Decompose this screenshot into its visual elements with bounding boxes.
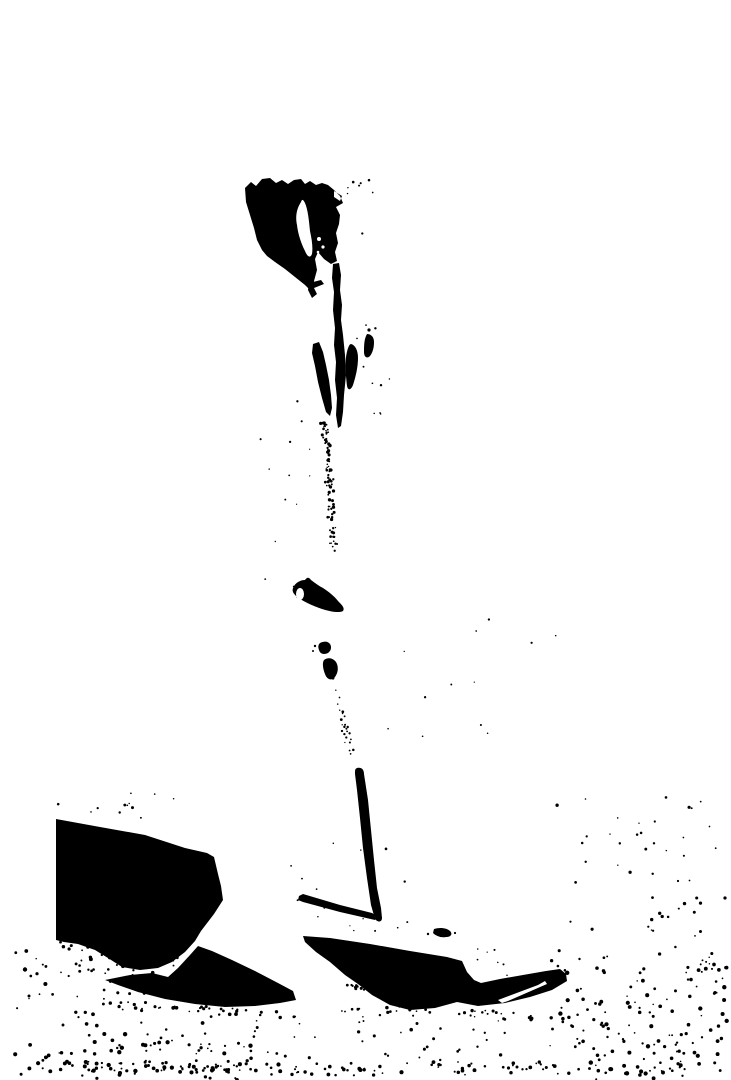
- speckle-dot: [566, 998, 570, 1002]
- speckle-dot: [634, 1001, 636, 1003]
- speckle-dot: [328, 444, 331, 447]
- speckle-dot: [43, 982, 47, 986]
- speckle-dot: [424, 1008, 427, 1011]
- speckle-dot: [592, 1018, 595, 1021]
- speckle-dot: [340, 718, 343, 721]
- heel-speck-b: [454, 932, 456, 934]
- speckle-dot: [256, 1020, 258, 1022]
- speckle-dot: [638, 1007, 640, 1009]
- speckle-dot: [109, 1049, 113, 1053]
- speckle-dot: [327, 460, 329, 462]
- speckle-dot: [464, 1074, 466, 1076]
- speckle-dot: [477, 959, 479, 961]
- speckle-dot: [113, 944, 115, 946]
- speckle-dot: [199, 1007, 201, 1009]
- speckle-dot: [722, 998, 726, 1002]
- speckle-dot: [530, 1015, 532, 1017]
- speckle-dot: [709, 1028, 713, 1032]
- speckle-dot: [148, 991, 150, 993]
- speckle-dot: [715, 847, 717, 849]
- speckle-dot: [700, 963, 702, 965]
- speckle-dot: [327, 494, 329, 496]
- speckle-dot: [119, 945, 122, 948]
- speckle-dot: [14, 951, 17, 954]
- speckle-dot: [499, 1053, 502, 1056]
- speckle-dot: [296, 400, 298, 402]
- speckle-dot: [165, 1028, 168, 1031]
- speckle-dot: [689, 978, 693, 982]
- speckle-dot: [59, 1068, 63, 1072]
- speckle-dot: [557, 1073, 559, 1075]
- speckle-dot: [118, 1071, 122, 1075]
- speckle-dot: [275, 1052, 278, 1055]
- speckle-dot: [243, 1046, 245, 1048]
- speckle-dot: [377, 992, 380, 995]
- speckle-dot: [122, 1009, 124, 1011]
- speckle-dot: [120, 1001, 123, 1004]
- speckle-dot: [157, 1041, 161, 1045]
- speckle-dot: [368, 179, 371, 182]
- knee-speck-b: [312, 650, 314, 652]
- speckle-dot: [481, 1011, 484, 1014]
- speckle-dot: [604, 1072, 607, 1075]
- speckle-dot: [497, 962, 499, 964]
- speckle-dot: [326, 467, 327, 468]
- speckle-dot: [239, 1069, 241, 1071]
- speckle-dot: [432, 1060, 436, 1064]
- speckle-dot: [332, 546, 334, 548]
- speckle-dot: [141, 967, 143, 969]
- speckle-dot: [346, 726, 348, 728]
- speckle-dot: [689, 880, 691, 882]
- speckle-dot: [248, 1044, 252, 1048]
- speckle-dot: [65, 940, 67, 942]
- speckle-dot: [102, 1003, 105, 1006]
- speckle-dot: [195, 1068, 198, 1071]
- speckle-dot: [454, 1071, 456, 1073]
- speckle-dot: [722, 978, 724, 980]
- speckle-dot: [329, 535, 332, 538]
- speckle-dot: [595, 966, 599, 970]
- speckle-dot: [416, 1022, 419, 1025]
- speckle-dot: [649, 1070, 651, 1072]
- speckle-dot: [639, 971, 642, 974]
- speckle-dot: [404, 651, 405, 652]
- speckle-dot: [657, 1039, 661, 1043]
- speckle-dot: [472, 1028, 474, 1030]
- speckle-dot: [651, 896, 654, 899]
- speckle-dot: [123, 804, 126, 807]
- speckle-dot: [576, 989, 580, 993]
- speckle-dot: [634, 1032, 636, 1034]
- speckle-dot: [65, 1060, 69, 1064]
- speckle-dot: [385, 994, 387, 996]
- speckle-dot: [131, 806, 134, 809]
- speckle-dot: [103, 998, 105, 1000]
- speckle-dot: [196, 1053, 198, 1055]
- speckle-dot: [150, 1044, 152, 1046]
- speckle-dot: [349, 925, 350, 926]
- speckle-dot: [353, 930, 354, 931]
- heel-speck-a: [427, 933, 429, 935]
- speckle-dot: [461, 1069, 465, 1073]
- speckle-dot: [161, 1062, 164, 1065]
- speckle-dot: [327, 672, 329, 674]
- speckle-dot: [80, 960, 82, 962]
- speckle-dot: [641, 1042, 643, 1044]
- speckle-dot: [674, 946, 677, 949]
- speckle-dot: [178, 1070, 182, 1074]
- speckle-dot: [382, 990, 384, 992]
- speckle-dot: [348, 732, 350, 734]
- speckle-dot: [83, 1064, 87, 1068]
- speckle-dot: [86, 941, 89, 944]
- speckle-dot: [328, 470, 330, 472]
- speckle-dot: [170, 1065, 174, 1069]
- speckle-dot: [467, 1064, 470, 1067]
- speckle-dot: [406, 921, 408, 923]
- speckle-dot: [237, 1042, 240, 1045]
- speckle-dot: [60, 972, 62, 974]
- speckle-dot: [721, 1012, 725, 1016]
- speckle-dot: [404, 880, 406, 882]
- speckle-dot: [352, 181, 355, 184]
- speckle-dot: [576, 1038, 578, 1040]
- speckle-dot: [75, 962, 78, 965]
- speckle-dot: [236, 1065, 238, 1067]
- speckle-dot: [408, 1008, 411, 1011]
- speckle-dot: [636, 980, 638, 982]
- ear-highlight-a: [317, 237, 321, 241]
- speckle-dot: [722, 985, 726, 989]
- speckle-dot: [368, 989, 371, 992]
- speckle-dot: [76, 996, 78, 998]
- speckle-dot: [649, 1011, 651, 1013]
- speckle-dot: [418, 1057, 420, 1059]
- speckle-dot: [78, 940, 81, 943]
- speckle-dot: [48, 1069, 52, 1073]
- speckle-dot: [23, 967, 27, 971]
- speckle-dot: [103, 989, 106, 992]
- speckle-dot: [652, 1004, 654, 1006]
- speckle-dot: [321, 433, 324, 436]
- speckle-dot: [331, 513, 333, 515]
- speckle-dot: [622, 1040, 625, 1043]
- speckle-dot: [360, 849, 361, 850]
- speckle-dot: [373, 413, 375, 415]
- speckle-dot: [653, 1044, 655, 1046]
- speckle-dot: [658, 1004, 662, 1008]
- speckle-dot: [645, 993, 649, 997]
- speckle-dot: [685, 972, 687, 974]
- speckle-dot: [85, 1022, 89, 1026]
- speckle-dot: [119, 1063, 121, 1065]
- speckle-dot: [161, 1069, 163, 1071]
- speckle-dot: [561, 1021, 564, 1024]
- speckle-dot: [389, 378, 390, 379]
- speckle-dot: [586, 1008, 589, 1011]
- speckle-dot: [90, 970, 93, 973]
- speckle-dot: [618, 1033, 620, 1035]
- speckle-dot: [480, 724, 482, 726]
- speckle-dot: [654, 1066, 656, 1068]
- speckle-dot: [222, 1051, 226, 1055]
- speckle-dot: [245, 1062, 248, 1065]
- speckle-dot: [397, 927, 399, 929]
- speckle-dot: [628, 1024, 630, 1026]
- speckle-dot: [683, 902, 686, 905]
- speckle-dot: [362, 918, 363, 919]
- speckle-dot: [720, 1037, 723, 1040]
- speckle-dot: [42, 1067, 44, 1069]
- speckle-dot: [574, 1045, 577, 1048]
- speckle-dot: [326, 433, 328, 435]
- speckle-dot: [717, 1040, 719, 1042]
- speckle-dot: [680, 1061, 682, 1063]
- speckle-dot: [106, 943, 109, 946]
- speckle-dot: [260, 1011, 263, 1014]
- speckle-dot: [463, 1011, 466, 1014]
- speckle-dot: [328, 453, 331, 456]
- speckle-dot: [330, 518, 333, 521]
- speckle-dot: [141, 1008, 143, 1010]
- speckle-dot: [661, 1070, 663, 1072]
- speckle-dot: [358, 185, 360, 187]
- speckle-dot: [357, 1067, 361, 1071]
- speckle-dot: [87, 1063, 89, 1065]
- speckle-dot: [363, 1020, 365, 1022]
- speckle-dot: [128, 992, 131, 995]
- speckle-dot: [515, 1065, 518, 1068]
- speckle-dot: [44, 965, 47, 968]
- speckle-dot: [346, 1069, 349, 1072]
- speckle-dot: [116, 991, 119, 994]
- speckle-dot: [323, 426, 324, 427]
- speckle-dot: [210, 1015, 213, 1018]
- speckle-dot: [332, 531, 335, 534]
- speckle-dot: [331, 483, 333, 485]
- speckle-dot: [582, 1030, 584, 1032]
- speckle-dot: [206, 1065, 209, 1068]
- speckle-dot: [224, 1045, 226, 1047]
- speckle-dot: [189, 1070, 193, 1074]
- speckle-dot: [123, 946, 127, 950]
- speckle-dot: [723, 896, 726, 899]
- speckle-dot: [106, 946, 109, 949]
- speckle-dot: [97, 807, 99, 809]
- speckle-dot: [140, 1009, 143, 1012]
- speckle-dot: [361, 1040, 363, 1042]
- speckle-dot: [626, 1001, 630, 1005]
- speckle-dot: [171, 1006, 175, 1010]
- speckle-dot: [169, 982, 172, 985]
- speckle-dot: [492, 1009, 495, 1012]
- speckle-dot: [625, 1071, 629, 1075]
- speckle-dot: [365, 324, 367, 326]
- speckle-dot: [357, 1030, 360, 1033]
- speckle-dot: [330, 668, 331, 669]
- speckle-dot: [101, 1062, 103, 1064]
- speckle-dot: [328, 516, 330, 518]
- speckle-dot: [382, 1072, 384, 1074]
- speckle-dot: [324, 481, 327, 484]
- speckle-dot: [192, 1065, 196, 1069]
- speckle-dot: [333, 843, 335, 845]
- speckle-dot: [141, 1043, 145, 1047]
- speckle-dot: [310, 1072, 313, 1075]
- speckle-dot: [650, 918, 653, 921]
- speckle-dot: [77, 1016, 79, 1018]
- speckle-dot: [278, 1069, 282, 1073]
- speckle-dot: [604, 1011, 606, 1013]
- elbow-speck: [367, 328, 370, 331]
- speckle-dot: [561, 1017, 565, 1021]
- speckle-dot: [71, 1064, 74, 1067]
- speckle-dot: [314, 1036, 316, 1038]
- speckle-dot: [501, 1013, 503, 1015]
- speckle-dot: [133, 1003, 136, 1006]
- speckle-dot: [560, 1007, 562, 1009]
- speckle-dot: [327, 449, 330, 452]
- speckle-dot: [601, 1024, 604, 1027]
- speckle-dot: [132, 1063, 134, 1065]
- speckle-dot: [604, 1022, 608, 1026]
- speckle-dot: [227, 1068, 230, 1071]
- speckle-dot: [95, 1024, 99, 1028]
- speckle-dot: [78, 964, 81, 967]
- speckle-dot: [141, 942, 143, 944]
- speckle-dot: [148, 1060, 151, 1063]
- speckle-dot: [292, 1015, 295, 1018]
- speckle-dot: [140, 817, 142, 819]
- speckle-dot: [717, 1024, 720, 1027]
- speckle-dot: [339, 709, 340, 710]
- speckle-dot: [232, 1008, 234, 1010]
- speckle-dot: [423, 1048, 426, 1051]
- speckle-dot: [713, 1061, 716, 1064]
- speckle-dot: [146, 1033, 148, 1035]
- speckle-dot: [683, 855, 685, 857]
- speckle-dot: [422, 735, 424, 737]
- speckle-dot: [474, 682, 475, 683]
- speckle-dot: [603, 956, 606, 959]
- binarized-photo: [0, 0, 731, 1080]
- speckle-dot: [372, 192, 374, 194]
- speckle-dot: [699, 930, 702, 933]
- speckle-dot: [495, 1011, 498, 1014]
- speckle-dot: [187, 985, 191, 989]
- speckle-dot: [521, 1068, 523, 1070]
- speckle-dot: [130, 792, 132, 794]
- speckle-dot: [589, 1060, 593, 1064]
- speckle-dot: [385, 1006, 389, 1010]
- speckle-dot: [275, 541, 276, 542]
- speckle-dot: [709, 963, 711, 965]
- speckle-dot: [378, 1065, 381, 1068]
- speckle-dot: [424, 696, 426, 698]
- speckle-dot: [697, 1062, 701, 1066]
- speckle-dot: [356, 1008, 359, 1011]
- speckle-dot: [35, 972, 38, 975]
- speckle-dot: [210, 1050, 212, 1052]
- speckle-dot: [502, 963, 504, 965]
- speckle-dot: [332, 478, 334, 480]
- speckle-dot: [83, 1049, 86, 1052]
- speckle-dot: [670, 1056, 674, 1060]
- speckle-dot: [203, 1067, 206, 1070]
- speckle-dot: [701, 971, 703, 973]
- speckle-dot: [100, 944, 103, 947]
- speckle-dot: [638, 1011, 642, 1015]
- speckle-dot: [333, 540, 335, 542]
- speckle-dot: [591, 928, 594, 931]
- speckle-dot: [609, 833, 610, 834]
- speckle-dot: [284, 499, 286, 501]
- speckle-dot: [659, 1061, 662, 1064]
- speckle-dot: [176, 1006, 178, 1008]
- speckle-dot: [148, 964, 150, 966]
- speckle-dot: [28, 995, 31, 998]
- speckle-dot: [208, 1007, 210, 1009]
- speckle-dot: [702, 959, 704, 961]
- speckle-dot: [725, 1019, 729, 1023]
- speckle-dot: [330, 542, 332, 544]
- speckle-dot: [164, 944, 166, 946]
- speckle-dot: [555, 635, 557, 637]
- speckle-dot: [437, 1063, 440, 1066]
- speckle-dot: [118, 1044, 121, 1047]
- speckle-dot: [597, 1069, 601, 1073]
- speckle-dot: [381, 991, 383, 993]
- speckle-dot: [145, 1050, 147, 1052]
- speckle-dot: [457, 1061, 459, 1063]
- speckle-dot: [598, 1002, 601, 1005]
- speckle-dot: [327, 477, 329, 479]
- speckle-dot: [585, 798, 587, 800]
- speckle-dot: [173, 960, 175, 962]
- speckle-dot: [506, 974, 508, 976]
- speckle-dot: [126, 804, 128, 806]
- speckle-dot: [173, 965, 175, 967]
- speckle-dot: [93, 1040, 97, 1044]
- hand-highlight-hole: [296, 588, 304, 600]
- speckle-dot: [111, 1038, 115, 1042]
- speckle-dot: [558, 1011, 562, 1015]
- speckle-dot: [84, 1011, 87, 1014]
- speckle-dot: [329, 529, 331, 531]
- speckle-dot: [705, 961, 707, 963]
- speckle-dot: [504, 1032, 506, 1034]
- speckle-dot: [276, 1062, 280, 1066]
- speckle-dot: [470, 1063, 472, 1065]
- speckle-dot: [199, 1046, 202, 1049]
- speckle-dot: [138, 947, 140, 949]
- speckle-dot: [102, 1032, 106, 1036]
- speckle-dot: [121, 1068, 123, 1070]
- speckle-dot: [488, 618, 490, 620]
- speckle-dot: [686, 966, 689, 969]
- speckle-dot: [379, 988, 381, 990]
- speckle-dot: [254, 1069, 258, 1073]
- speckle-dot: [325, 430, 327, 432]
- speckle-dot: [220, 1065, 222, 1067]
- speckle-dot: [709, 826, 711, 828]
- speckle-dot: [678, 1050, 681, 1053]
- speckle-dot: [389, 1010, 392, 1013]
- speckle-dot: [666, 850, 667, 851]
- speckle-dot: [209, 1077, 212, 1080]
- speckle-dot: [487, 733, 489, 735]
